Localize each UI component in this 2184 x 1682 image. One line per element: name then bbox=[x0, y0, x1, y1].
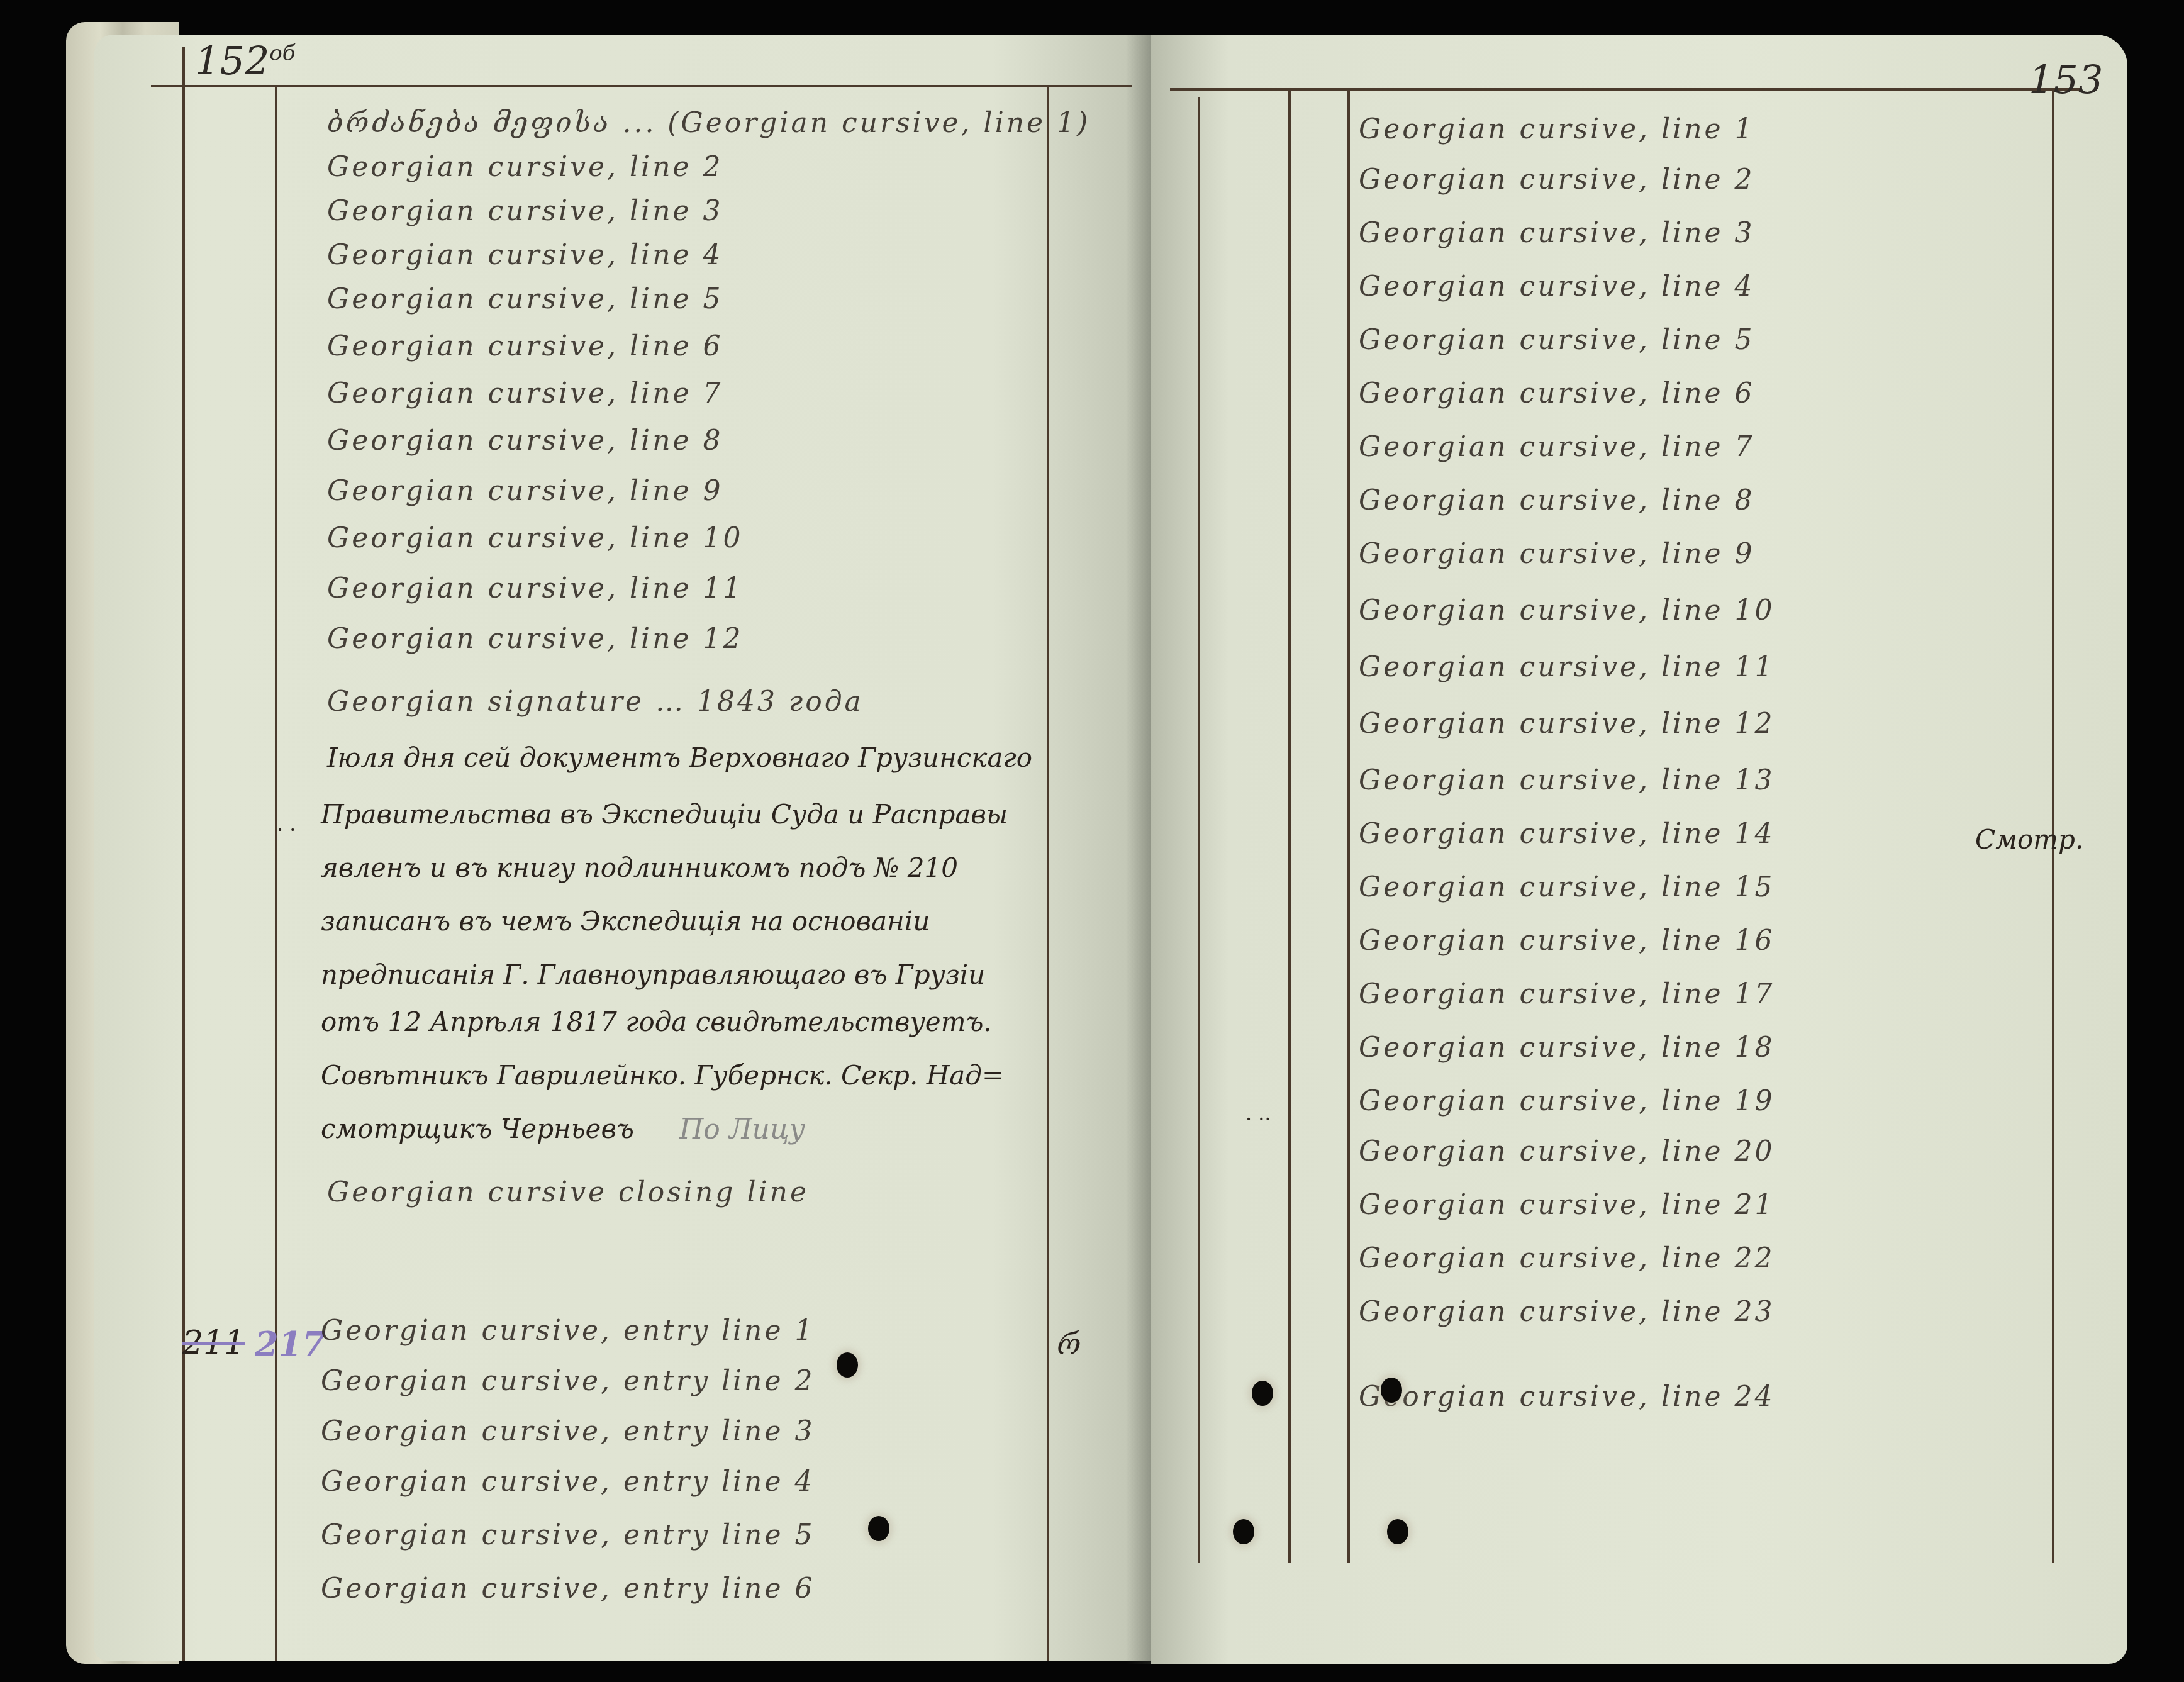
text-line: Georgian cursive closing line bbox=[327, 1176, 809, 1208]
text-line: смотрщикъ Черньевъ bbox=[321, 1113, 634, 1144]
text-line: Georgian cursive, line 19 bbox=[1359, 1085, 1775, 1117]
text-line: Georgian cursive, line 8 bbox=[1359, 484, 1755, 516]
text-line: Georgian cursive, line 18 bbox=[1359, 1032, 1775, 1064]
entry-number-old: 211 bbox=[182, 1324, 245, 1362]
text-line: Georgian cursive, entry line 3 bbox=[321, 1415, 815, 1447]
text-line: Georgian cursive, line 4 bbox=[1359, 270, 1755, 303]
right-margin-rule-2 bbox=[1288, 88, 1291, 1563]
text-line: Georgian cursive, entry line 5 bbox=[321, 1519, 815, 1551]
text-line: Georgian cursive, line 8 bbox=[327, 425, 723, 457]
text-line: Georgian cursive, line 22 bbox=[1359, 1242, 1775, 1274]
text-line: Georgian cursive, line 11 bbox=[327, 572, 744, 604]
text-line: отъ 12 Апрѣля 1817 года свидѣтельствуетъ… bbox=[321, 1006, 992, 1037]
text-line: Georgian cursive, line 15 bbox=[1359, 871, 1775, 903]
text-line: Georgian cursive, line 10 bbox=[1359, 594, 1775, 627]
left-margin-rule-1 bbox=[182, 47, 185, 1661]
punch-hole bbox=[1387, 1519, 1408, 1544]
text-line: Georgian cursive, line 12 bbox=[327, 623, 744, 655]
text-line: Georgian cursive, line 13 bbox=[1359, 764, 1775, 796]
right-margin-rule-1 bbox=[1198, 97, 1200, 1563]
left-header-rule bbox=[151, 85, 1132, 87]
punch-hole bbox=[868, 1516, 889, 1541]
text-line: Georgian cursive, line 20 bbox=[1359, 1135, 1775, 1167]
text-line: Правительства въ Экспедиціи Суда и Распр… bbox=[321, 799, 1008, 830]
pencil-annotation: По Лицу bbox=[679, 1113, 805, 1145]
text-line: Совѣтникъ Гаврилейнко. Губернск. Секр. Н… bbox=[321, 1060, 1004, 1091]
text-line: Georgian cursive, line 10 bbox=[327, 522, 744, 554]
punch-hole bbox=[1381, 1378, 1402, 1403]
text-line: Georgian cursive, line 2 bbox=[327, 151, 723, 183]
text-line: Georgian cursive, line 5 bbox=[327, 283, 723, 315]
text-line: Georgian cursive, line 3 bbox=[1359, 217, 1755, 249]
text-line: Georgian cursive, line 6 bbox=[327, 330, 723, 362]
text-line: Georgian cursive, line 14 bbox=[1359, 818, 1775, 850]
text-line: Georgian cursive, line 9 bbox=[1359, 538, 1755, 570]
left-right-rule bbox=[1047, 85, 1049, 1661]
text-line: Georgian cursive, entry line 4 bbox=[321, 1466, 815, 1498]
text-line: Georgian cursive, line 7 bbox=[1359, 431, 1755, 463]
text-line: Georgian cursive, line 23 bbox=[1359, 1296, 1775, 1328]
text-line: Georgian cursive, line 24 bbox=[1359, 1381, 1775, 1413]
manuscript-spread: 152об ბრძანება მეფისა ... (Georgian curs… bbox=[0, 0, 2184, 1682]
text-line: Georgian cursive, line 4 bbox=[327, 239, 723, 271]
right-page-number: 153 bbox=[2029, 57, 2103, 103]
left-margin-rule-2 bbox=[275, 85, 277, 1661]
text-line: Georgian cursive, line 9 bbox=[327, 475, 723, 507]
russian-annotation: Смотр. bbox=[1975, 824, 2083, 855]
punch-hole bbox=[1252, 1381, 1273, 1406]
entry-number-new: 217 bbox=[255, 1324, 326, 1364]
text-line: Іюля дня сей документъ Верховнаго Грузин… bbox=[327, 742, 1032, 773]
margin-mark: რ bbox=[1057, 1327, 1081, 1361]
text-line: Georgian cursive, line 7 bbox=[327, 377, 723, 409]
text-line: предписанія Г. Главноуправляющаго въ Гру… bbox=[321, 959, 985, 990]
right-header-rule bbox=[1170, 88, 2082, 91]
margin-dots: · ·· bbox=[1245, 1107, 1271, 1131]
text-line: Georgian cursive, line 11 bbox=[1359, 651, 1775, 683]
text-line: Georgian cursive, line 21 bbox=[1359, 1189, 1775, 1221]
text-line: ბრძანება მეფისა ... (Georgian cursive, l… bbox=[327, 107, 1090, 139]
text-line: Georgian cursive, line 5 bbox=[1359, 324, 1755, 356]
text-line: явленъ и въ книгу подлинникомъ подъ № 21… bbox=[321, 852, 958, 883]
left-page-number: 152об bbox=[195, 38, 296, 84]
text-line: Georgian cursive, line 12 bbox=[1359, 708, 1775, 740]
text-line: Georgian cursive, line 6 bbox=[1359, 377, 1755, 409]
text-line: Georgian cursive, entry line 1 bbox=[321, 1315, 815, 1347]
margin-dots: · · bbox=[277, 818, 296, 842]
text-line: Georgian cursive, line 3 bbox=[327, 195, 723, 227]
text-line: Georgian cursive, line 16 bbox=[1359, 925, 1775, 957]
text-line: Georgian cursive, line 2 bbox=[1359, 164, 1755, 196]
text-line: Georgian cursive, entry line 6 bbox=[321, 1573, 815, 1605]
text-line: записанъ въ чемъ Экспедиція на основаніи bbox=[321, 906, 930, 937]
text-line: Georgian cursive, line 1 bbox=[1359, 113, 1755, 145]
punch-hole bbox=[1233, 1519, 1254, 1544]
punch-hole bbox=[837, 1352, 858, 1378]
text-line: Georgian cursive, entry line 2 bbox=[321, 1365, 815, 1397]
right-margin-rule-3 bbox=[1347, 88, 1350, 1563]
signature-line: Georgian signature … 1843 года bbox=[327, 686, 864, 718]
text-line: Georgian cursive, line 17 bbox=[1359, 978, 1775, 1010]
